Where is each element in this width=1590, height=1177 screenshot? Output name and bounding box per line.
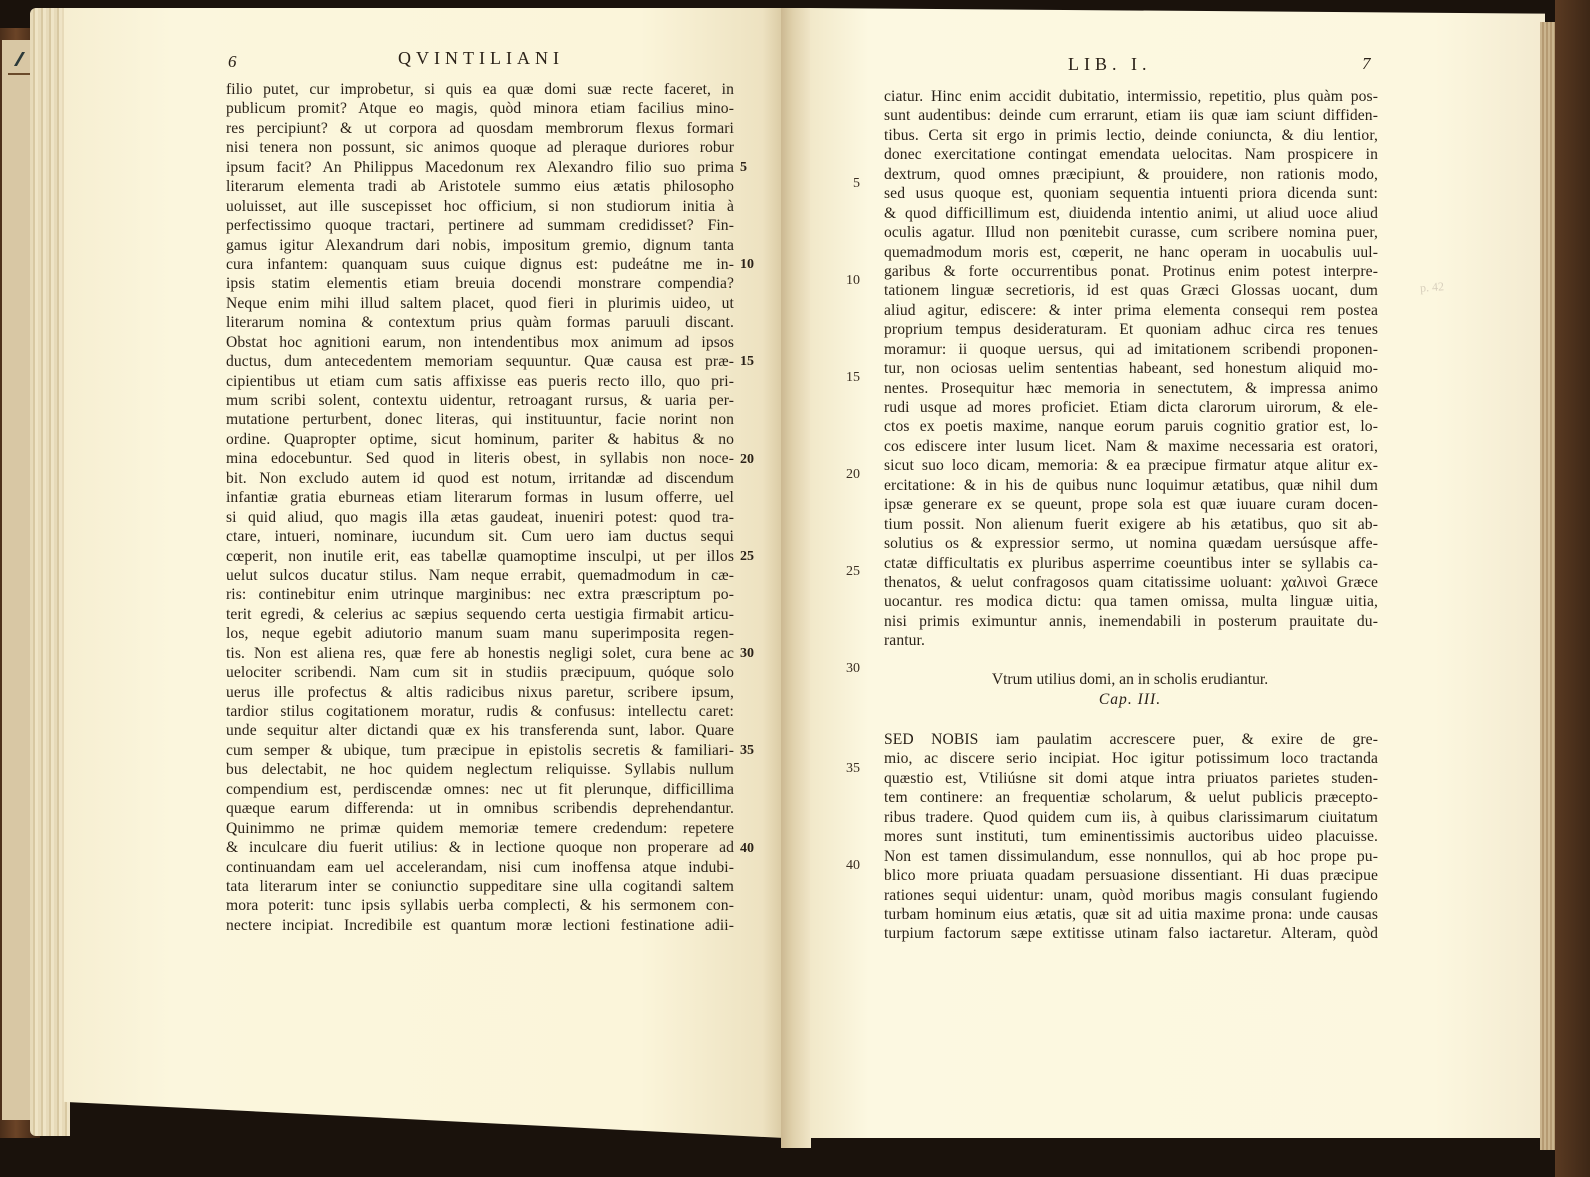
text-line: thenatos, & uelut confragosos quam citat…	[884, 573, 1378, 592]
text-line: rudi usque ad mores proficiet. Etiam dic…	[884, 398, 1378, 417]
right-cover-board	[1555, 0, 1590, 1177]
text-line: quæstio est, Vtiliúsne sit domi atque in…	[884, 769, 1378, 788]
text-line: ctare, intueri, nominare, iucundum sit. …	[226, 527, 734, 546]
ink-rule-mark	[8, 73, 30, 75]
text-line: ribus tradere. Quod quidem cum iis, à qu…	[884, 808, 1378, 827]
left-endpaper	[2, 40, 32, 1120]
text-line: rantur.	[884, 631, 1378, 650]
text-line: gamus igitur Alexandrum dari nobis, impo…	[226, 236, 734, 255]
pencil-annotation: p. 42	[1420, 279, 1445, 296]
text-line: proprium tempus desideraturam. Et quonia…	[884, 320, 1378, 339]
line-number: 20	[846, 467, 860, 483]
text-line: ctos ex poetis maxime, nanque eorum paru…	[884, 417, 1378, 436]
text-line: turpium factorum sæpe extitisse utinam f…	[884, 924, 1378, 943]
right-running-head: LIB. I.	[1068, 54, 1152, 75]
text-line: ctatæ difficultatis ex pluribus asperrim…	[884, 554, 1378, 573]
left-page-body: filio putet, cur improbetur, si quis ea …	[226, 80, 734, 935]
text-line: tardior stilus cogitationem moratur, rud…	[226, 702, 734, 721]
text-line: mina edocebuntur. Sed quod in literis ob…	[226, 449, 734, 468]
line-number: 5	[853, 176, 860, 192]
chapter-title: Vtrum utilius domi, an in scholis erudia…	[880, 671, 1380, 689]
text-line: uelut sulcos ducatur stilus. Nam neque e…	[226, 566, 734, 585]
text-line: Quinimmo ne primæ quidem memoriæ temere …	[226, 819, 734, 838]
text-line: quæque earum differenda: ut in omnibus s…	[226, 799, 734, 818]
left-page-number: 6	[228, 52, 237, 72]
text-line: continuandam eam uel accelerandam, nisi …	[226, 858, 734, 877]
text-line: compendium est, perdiscendæ omnes: nec u…	[226, 780, 734, 799]
text-line: literarum elementa tradi ab Aristotele s…	[226, 177, 734, 196]
text-line: mutatione perturbent, donec literas, qui…	[226, 410, 734, 429]
text-line: unde sequitur alter dictandi quæ ex his …	[226, 721, 734, 740]
text-line: cipientibus ut etiam cum satis affixisse…	[226, 372, 734, 391]
text-line: terit egredi, & celerius ac sæpius seque…	[226, 605, 734, 624]
line-number: 15	[846, 370, 860, 386]
text-line: bit. Non excludo autem id quod est notum…	[226, 469, 734, 488]
text-line: cœperit, non inutile erit, eas tabellæ q…	[226, 547, 734, 566]
text-line: literarum nomina & contextum prius quàm …	[226, 313, 734, 332]
text-line: Obstat hoc agnitioni earum, non intenden…	[226, 333, 734, 352]
text-line: ipsis statim elementis etiam breuia doce…	[226, 274, 734, 293]
text-line: uerus ille profectus & altis radicibus n…	[226, 683, 734, 702]
text-line: tibus. Certa sit ergo in primis lectio, …	[884, 126, 1378, 145]
text-line: tata literarum inter se coniunctio suppe…	[226, 877, 734, 896]
text-line: cura infantem: quanquam suus cuique dign…	[226, 255, 734, 274]
line-number: 40	[740, 841, 754, 857]
text-line: tium possit. Non alienum fuerit exigere …	[884, 515, 1378, 534]
text-line: tis. Non est aliena res, quæ fere ab hon…	[226, 644, 734, 663]
text-line: ris: continebitur enim utrinque marginib…	[226, 585, 734, 604]
text-line: ipsum facit? An Philippus Macedonum rex …	[226, 158, 734, 177]
text-line: ductus, dum antecedentem memoriam sequun…	[226, 352, 734, 371]
line-number: 25	[740, 549, 754, 565]
chapter-body: SED NOBIS iam paulatim accrescere puer, …	[884, 730, 1378, 944]
text-line: ordine. Quapropter optime, sicut hominum…	[226, 430, 734, 449]
text-line: ipsæ generare ex se queunt, prope sola e…	[884, 495, 1378, 514]
text-line: si quid aliud, quo magis illa ætas gaude…	[226, 508, 734, 527]
text-line: & quod difficillimum est, diuidenda inte…	[884, 204, 1378, 223]
text-line: solutius os & expressior sermo, ut nomin…	[884, 534, 1378, 553]
line-number: 30	[846, 661, 860, 677]
line-number: 10	[740, 257, 754, 273]
text-line: oculis agatur. Illud non pœnitebit curas…	[884, 223, 1378, 242]
text-line: mio, ac discere serio incipiat. Hoc igit…	[884, 749, 1378, 768]
right-page-number: 7	[1362, 54, 1371, 74]
text-line: tem continere: an frequentiæ scholarum, …	[884, 788, 1378, 807]
text-line: turbam hominum eius ætatis, quæ sit ad u…	[884, 905, 1378, 924]
text-line: uocantur. res modica dictu: qua tamen om…	[884, 592, 1378, 611]
text-line: sed usus quoque est, quoniam sequentia i…	[884, 184, 1378, 203]
text-line: Neque enim mihi illud saltem placet, quo…	[226, 294, 734, 313]
text-line: & inculcare diu fuerit utilius: & in lec…	[226, 838, 734, 857]
right-page-body: ciatur. Hinc enim accidit dubitatio, int…	[884, 87, 1378, 651]
line-number: 10	[846, 273, 860, 289]
line-number: 20	[740, 452, 754, 468]
line-number: 25	[846, 564, 860, 580]
text-line: sunt audentibus: deinde cum errarunt, et…	[884, 106, 1378, 125]
text-line: infantiæ gratia eburneas etiam literarum…	[226, 488, 734, 507]
text-line: mora poterit: tunc ipsis syllabis uerba …	[226, 896, 734, 915]
text-line: mores sunt instituti, tum eminentissimis…	[884, 827, 1378, 846]
text-line: nectere incipiat. Incredibile est quantu…	[226, 916, 734, 935]
text-line: res percipiunt? & ut corpora ad quosdam …	[226, 119, 734, 138]
text-line: quemadmodum moris est, cœperit, ne hanc …	[884, 243, 1378, 262]
text-line: cos ediscere inter lusum licet. Nam & ma…	[884, 437, 1378, 456]
line-number: 35	[846, 761, 860, 777]
text-line: filio putet, cur improbetur, si quis ea …	[226, 80, 734, 99]
text-line: rationes sequi uidentur: unam, quòd mori…	[884, 886, 1378, 905]
text-line: mum scribi solent, contextu uidentur, re…	[226, 391, 734, 410]
text-line: ercitatione: & in his de quibus nunc loq…	[884, 476, 1378, 495]
left-running-head: QVINTILIANI	[398, 48, 564, 69]
text-line: uoluisset, aut ille suscepisset hoc offi…	[226, 197, 734, 216]
line-number: 40	[846, 858, 860, 874]
text-line: moramur: ii quoque uersus, qui ad imitat…	[884, 340, 1378, 359]
text-line: nisi primis eximuntur annis, inemendabil…	[884, 612, 1378, 631]
text-line: ciatur. Hinc enim accidit dubitatio, int…	[884, 87, 1378, 106]
text-line: bus delectabit, ne hoc quidem neglectum …	[226, 760, 734, 779]
text-line: publicum promit? Atque eo magis, quòd mi…	[226, 99, 734, 118]
text-line: tationem linguæ secretioris, id est quas…	[884, 281, 1378, 300]
text-line: donec exercitatione contingat emendata u…	[884, 145, 1378, 164]
text-line: cum semper & ubique, tum præcipue in epi…	[226, 741, 734, 760]
text-line: perfectissimo quoque tractari, pertinere…	[226, 216, 734, 235]
chapter-number: Cap. III.	[880, 691, 1380, 709]
line-number: 5	[740, 160, 747, 176]
text-line: sicut suo loco dicam, memoria: & ea præc…	[884, 456, 1378, 475]
text-line: nisi tenera non possunt, sic animos quoq…	[226, 138, 734, 157]
text-line: SED NOBIS iam paulatim accrescere puer, …	[884, 730, 1378, 749]
text-line: blico more priuata quadam persuasione di…	[884, 866, 1378, 885]
text-line: uelociter scribendi. Nam cum sit in stud…	[226, 663, 734, 682]
line-number: 15	[740, 354, 754, 370]
open-book-spread: 6 QVINTILIANI filio putet, cur improbetu…	[0, 0, 1590, 1177]
text-line: garibus & forte occurrentibus ponat. Pro…	[884, 262, 1378, 281]
text-line: nentes. Prosequitur hæc memoria in senec…	[884, 379, 1378, 398]
text-line: Non est tamen dissimulandum, esse nonnul…	[884, 847, 1378, 866]
text-line: los, neque egebit adiutorio manum suam m…	[226, 624, 734, 643]
text-line: tur, non ociosas uelim sententias habean…	[884, 359, 1378, 378]
text-line: aliud agitur, ediscere: & inter prima el…	[884, 301, 1378, 320]
text-line: dextrum, quod omnes præcipiunt, & prouid…	[884, 165, 1378, 184]
line-number: 30	[740, 646, 754, 662]
gutter	[781, 8, 811, 1148]
line-number: 35	[740, 743, 754, 759]
